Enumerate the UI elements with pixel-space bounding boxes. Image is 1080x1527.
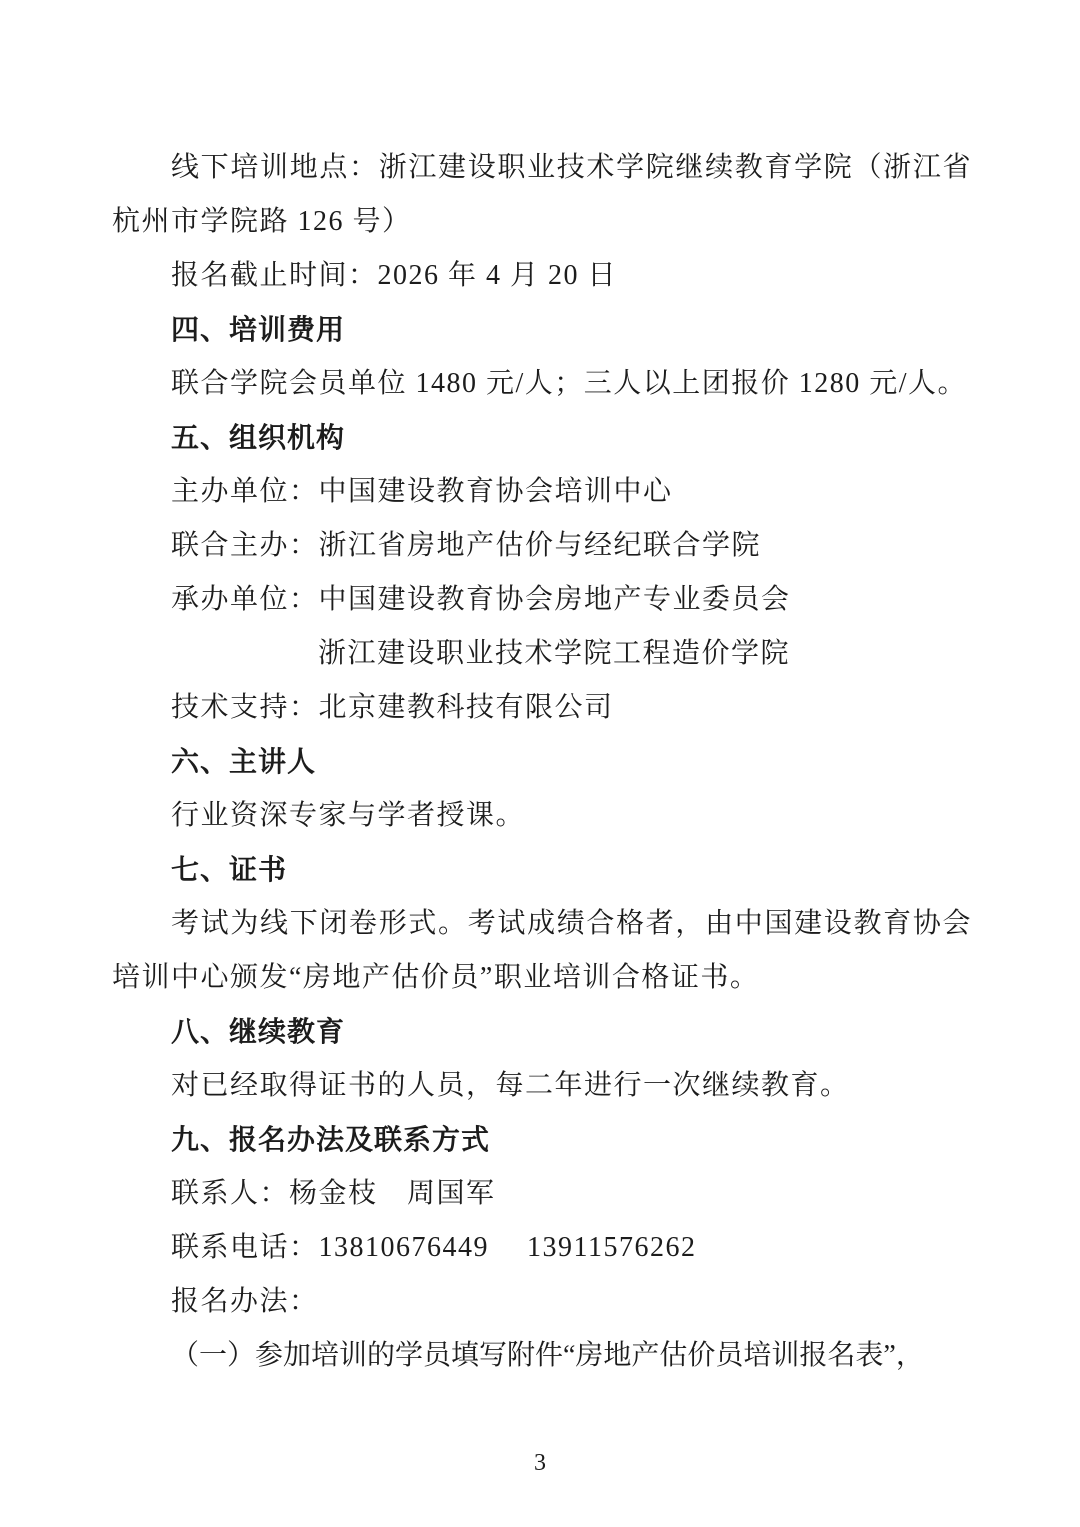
certificate-description: 考试为线下闭卷形式。考试成绩合格者，由中国建设教育协会培训中心颁发“房地产估价员… (112, 897, 972, 1005)
section-heading-lecturers: 六、主讲人 (112, 735, 972, 789)
document-body: 线下培训地点：浙江建设职业技术学院继续教育学院（浙江省杭州市学院路 126 号）… (112, 141, 972, 1383)
training-fees-detail: 联合学院会员单位 1480 元/人；三人以上团报价 1280 元/人。 (112, 357, 972, 411)
section-heading-registration-contact: 九、报名办法及联系方式 (112, 1113, 972, 1167)
document-page: 线下培训地点：浙江建设职业技术学院继续教育学院（浙江省杭州市学院路 126 号）… (0, 0, 1080, 1527)
section-heading-training-fees: 四、培训费用 (112, 303, 972, 357)
page-number: 3 (0, 1448, 1080, 1478)
continuing-education-description: 对已经取得证书的人员，每二年进行一次继续教育。 (112, 1059, 972, 1113)
host-organization: 主办单位：中国建设教育协会培训中心 (112, 465, 972, 519)
technical-support: 技术支持：北京建教科技有限公司 (112, 681, 972, 735)
section-heading-certificate: 七、证书 (112, 843, 972, 897)
offline-training-location: 线下培训地点：浙江建设职业技术学院继续教育学院（浙江省杭州市学院路 126 号） (112, 141, 972, 249)
contact-phones: 联系电话：13810676449 13911576262 (112, 1221, 972, 1275)
registration-method-label: 报名办法： (112, 1275, 972, 1329)
section-heading-continuing-education: 八、继续教育 (112, 1005, 972, 1059)
contact-persons: 联系人：杨金枝 周国军 (112, 1167, 972, 1221)
co-host-organization: 联合主办：浙江省房地产估价与经纪联合学院 (112, 519, 972, 573)
registration-step-one: （一）参加培训的学员填写附件“房地产估价员培训报名表”， (112, 1329, 972, 1383)
section-heading-organization: 五、组织机构 (112, 411, 972, 465)
registration-deadline: 报名截止时间：2026 年 4 月 20 日 (112, 249, 972, 303)
organizer-organization-line2: 浙江建设职业技术学院工程造价学院 (112, 627, 972, 681)
lecturers-description: 行业资深专家与学者授课。 (112, 789, 972, 843)
organizer-organization: 承办单位：中国建设教育协会房地产专业委员会 (112, 573, 972, 627)
